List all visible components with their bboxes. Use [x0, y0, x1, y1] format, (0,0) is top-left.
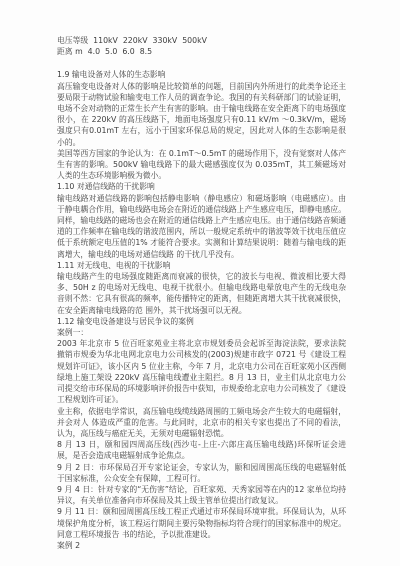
paragraph: 2003 年北京市 5 位百旺家苑业主将北京市规划委员会起诉至海淀法院，要求法院…: [57, 338, 346, 405]
paragraph: 业主称，依据电学常识，高压输电线缆线路周围的工频电场会产生较大的电磁辐射，并会对…: [57, 406, 346, 440]
sections-container: 1.9 输电设备对人体的生态影响高压输变电设备对人体的影响是比较简单的问题，目前…: [57, 69, 346, 551]
paragraph: 美国等西方国家的争论认为：在 0.1mT～0.5mT 的磁场作用下，没有觉察对人…: [57, 148, 346, 182]
paragraph: 9 月 2 日：市环保局召开专家论证会，专家认为，颐和园周围高压线的电磁辐射低于…: [57, 462, 346, 484]
section-heading: 1.12 输变电设备建设与居民争议的案例: [57, 316, 346, 327]
section-heading: 1.9 输电设备对人体的生态影响: [57, 69, 346, 80]
paragraph: 案例一：: [57, 327, 346, 338]
paragraph: 9 月 4 日：针对专家的“无伤害”结论，百旺家苑、天秀家园等在内的12 家单位…: [57, 484, 346, 506]
paragraph: 输电线路对通信线路的影响包括静电影响（静电感应）和磁场影响（电磁感应）。由于静电…: [57, 193, 346, 260]
distance-table-line: 距离 m 4.0 5.0 6.0 8.5: [57, 46, 346, 57]
section-heading: 1.11 对无线电、电视的干扰影响: [57, 260, 346, 271]
voltage-level-table-line: 电压等级 110kV 220kV 330kV 500kV: [57, 35, 346, 46]
section-heading: 1.10 对通信线路的干扰影响: [57, 181, 346, 192]
paragraph: 8 月 13 日，颐和园四周高压线(西沙屯-上庄-六郎庄高压输电线路)环保听证会…: [57, 439, 346, 461]
document-page: 电压等级 110kV 220kV 330kV 500kV 距离 m 4.0 5.…: [0, 0, 400, 566]
blank-line-spacer: [57, 57, 346, 69]
paragraph: 9 月 11 日：颐和园周围高压线工程正式通过市环保局环境审批。环保局认为，从环…: [57, 506, 346, 540]
paragraph: 案例 2: [57, 540, 346, 551]
paragraph: 输电线路产生的电场强度随距离而衰减的很快，它的波长与电视、微波相比要大得多、50…: [57, 271, 346, 316]
paragraph: 高压输变电设备对人体的影响是比较简单的问题，目前国内外所进行的此类争论还主要局限…: [57, 81, 346, 148]
